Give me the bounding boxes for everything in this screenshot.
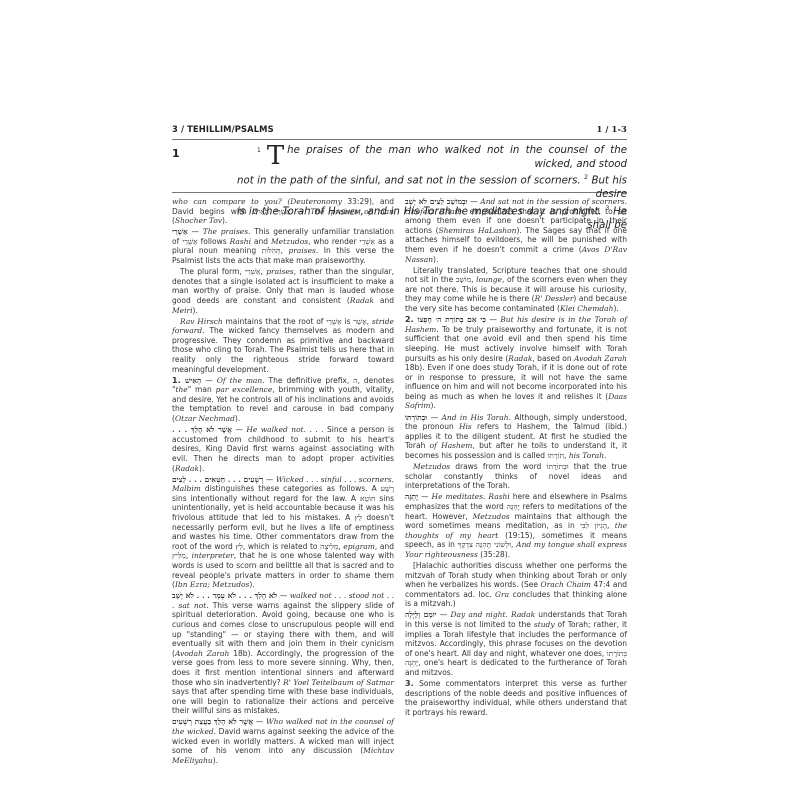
hebrew-word: מְלִיצָה (320, 542, 338, 551)
verse-ref-number: 2. (405, 315, 417, 324)
commentary-text: R' Dessler (535, 294, 574, 303)
commentary-text: — (468, 197, 481, 206)
commentary-text: praises (266, 267, 293, 276)
commentary-text: Metzudos (473, 512, 510, 521)
commentary-paragraph: Rav Hirsch maintains that the root of אַ… (172, 317, 394, 375)
commentary-text: The praises of man (310, 207, 394, 216)
commentary-paragraph: The plural form, אַשְׁרֵי, praises, rath… (172, 267, 394, 315)
commentary-paragraph: 2. כִּי אִם בְּתוֹרַת ה׳ חֶפְצוֹ — But h… (405, 315, 627, 411)
commentary-text: , one's heart is dedicated to the furthe… (405, 658, 627, 677)
commentary-text: — (232, 425, 246, 434)
commentary-paragraph: אֲשֶׁר לֹא הָלַךְ בַּעֲצַת רְשָׁעִים — W… (172, 717, 394, 765)
commentary-text: distinguishes these categories as follow… (201, 484, 381, 493)
hebrew-lemma: וּבְתוֹרָתוֹ (405, 413, 427, 422)
commentary-text: (35:28). (478, 550, 510, 559)
commentary-text: maintains that the root of (223, 317, 326, 326)
commentary-text: ). (431, 401, 436, 410)
hebrew-word: רָשָׁע (381, 484, 394, 493)
commentary-text: The definitive prefix, (265, 376, 354, 385)
commentary-text: his Torah (569, 451, 604, 460)
commentary-paragraph: 1. הָאִישׁ — Of the man. The definitive … (172, 376, 394, 424)
commentary-text: 18b). Even if one does study Torah, if i… (405, 363, 627, 401)
commentary-text: — (427, 413, 441, 422)
hebrew-lemma: לֹא הָלַךְ . . . לֹא עָמָד . . . לֹא יָש… (172, 591, 277, 600)
commentary-text: Avodah Zarah (175, 649, 229, 658)
commentary-text: Radak (350, 296, 374, 305)
hebrew-lemma: אֲשֶׁר לֹא הָלַךְ בַּעֲצַת רְשָׁעִים (172, 717, 253, 726)
commentary-text: of Hashem (430, 441, 473, 450)
hebrew-word: תוֹרָתוֹ (547, 451, 564, 460)
hebrew-word: לֵץ (355, 513, 362, 522)
commentary-text: Rashi (230, 237, 251, 246)
book-page: 3 / TEHILLIM/PSALMS 1 / 1-3 1 1 T he pra… (172, 118, 627, 767)
commentary-text: ). (199, 464, 204, 473)
commentary-text: . (604, 451, 606, 460)
commentary-text: He meditates. Rashi (432, 492, 510, 501)
commentary-text: Shocher Tov (175, 216, 222, 225)
hebrew-word: אַשְׁרֵי (360, 237, 375, 246)
commentary-paragraph: רְשָׁעִים . . . חַטָּאִים . . . לֵצִים —… (172, 475, 394, 590)
commentary-text: Shemiras HaLashon (439, 226, 517, 235)
commentary-text: who can compare to you? (Deuteronomy (172, 197, 342, 206)
commentary-text: And in His Torah. (442, 413, 511, 422)
hebrew-word: יֶהְגֶּה (507, 502, 520, 511)
commentary-text: His (459, 422, 472, 431)
hebrew-lemma: יוֹמָם וָלָיְלָה (405, 610, 437, 619)
commentary-text: Of the man. (217, 376, 265, 385)
commentary-text: praises (288, 246, 315, 255)
commentary-text: He walked not (246, 425, 303, 434)
commentary-paragraph: וּבְמוֹשַׁב לֵצִים לֹא יָשָׁב — And sat … (405, 197, 627, 264)
commentary-text: — (263, 475, 275, 484)
hebrew-word: מֵלִיץ (172, 551, 186, 560)
commentary-text: ). (193, 306, 198, 315)
drop-cap: T (267, 145, 284, 167)
commentary-text: Ibn Ezra; Metzudos (175, 580, 249, 589)
commentary-text: ). (222, 216, 227, 225)
commentary-text: , who render (308, 237, 359, 246)
commentary-right-column: וּבְמוֹשַׁב לֵצִים לֹא יָשָׁב — And sat … (405, 197, 627, 767)
commentary-text: Gra (495, 590, 509, 599)
commentary-text: draws from the word (450, 462, 546, 471)
commentary-paragraph: 3. Some commentators interpret this vers… (405, 679, 627, 717)
commentary-text: Rav Hirsch (180, 317, 223, 326)
commentary-paragraph: . . . אֲשֶׁר לֹא הָלַךְ — He walked not.… (172, 425, 394, 473)
commentary-text: Avodah Zarah (574, 354, 627, 363)
commentary-paragraph: [Halachic authorities discuss whether on… (405, 561, 627, 609)
verse-ref-number: 1. (172, 376, 185, 385)
commentary-text: , based on (532, 354, 574, 363)
commentary-paragraph: אַשְׁרֵי — The praises. This generally u… (172, 227, 394, 265)
commentary-text: Klei Chemdah (560, 304, 613, 313)
commentary-text: study (534, 620, 555, 629)
verse-text-line: he praises of the man who walked not in … (287, 145, 627, 170)
verse-number: 2 (584, 174, 588, 181)
commentary-text: ). (235, 414, 240, 423)
commentary-text: . The wicked fancy themselves as modern … (172, 326, 394, 373)
verse-number: 1 (257, 144, 261, 158)
commentary-text: says that after spending time with these… (172, 687, 394, 715)
commentary-text: epigram (343, 542, 375, 551)
running-head-left: 3 / TEHILLIM/PSALMS (172, 124, 274, 134)
commentary-text: is (342, 317, 354, 326)
commentary-text: — (188, 227, 203, 236)
commentary-paragraph: וּבְתוֹרָתוֹ — And in His Torah. Althoug… (405, 413, 627, 461)
verse-text-line: not in the path of the sinful, and sat n… (237, 176, 581, 187)
commentary-text: interpreter (192, 551, 234, 560)
hebrew-word: אַשְׁרֵי (326, 317, 341, 326)
commentary-text: par excellence (216, 385, 273, 394)
commentary-text: Radak (175, 464, 199, 473)
commentary-text: Some commentators interpret this verse a… (405, 679, 627, 717)
hebrew-lemma: יֶהְגֶּה (405, 492, 418, 501)
hebrew-word: וּלְשׁוֹנִי תֶּהְגֶּה צִדְקֶךָ (458, 540, 511, 549)
commentary-text: — (277, 591, 289, 600)
hebrew-lemma: הָאִישׁ (185, 376, 201, 385)
commentary-text: ). (249, 580, 254, 589)
commentary-text: and (374, 296, 394, 305)
hebrew-word: אָשַׁר (353, 317, 367, 326)
commentary-text: Day and night. Radak (450, 610, 535, 619)
hebrew-word: אַשְׁרֵי (182, 237, 197, 246)
commentary-text: — (291, 207, 311, 216)
commentary-text: Orach Chaim (541, 580, 591, 589)
commentary-text: ). (613, 304, 618, 313)
chapter-number: 1 (172, 144, 237, 189)
commentary-paragraph: יֶהְגֶּה — He meditates. Rashi here and … (405, 492, 627, 559)
commentary-text: — (418, 492, 431, 501)
commentary-paragraph: יוֹמָם וָלָיְלָה — Day and night. Radak … (405, 610, 627, 677)
hebrew-lemma: כִּי אִם בְּתוֹרַת ה׳ חֶפְצוֹ (417, 315, 485, 324)
verse-translation: 1 T he praises of the man who walked not… (237, 144, 627, 189)
commentary-paragraph: Literally translated, Scripture teaches … (405, 266, 627, 314)
commentary-text: The praises. (203, 227, 251, 236)
commentary-text: Metzudos (413, 462, 450, 471)
running-head-right: 1 / 1-3 (596, 124, 627, 134)
commentary-text: The plural form, (180, 267, 245, 276)
hebrew-word: אַשְׁרֵי הָאִישׁ (253, 207, 291, 216)
commentary-text: and (251, 237, 271, 246)
commentary-text: Meiri (172, 306, 193, 315)
commentary-paragraph: who can compare to you? (Deuteronomy 33:… (172, 197, 394, 226)
verse-line-1: 1 T he praises of the man who walked not… (237, 144, 627, 171)
hebrew-lemma: . . . אֲשֶׁר לֹא הָלַךְ (172, 425, 232, 434)
commentary-columns: who can compare to you? (Deuteronomy 33:… (172, 197, 627, 767)
hebrew-lemma: אַשְׁרֵי (172, 227, 188, 236)
commentary-text: , which is related to (243, 542, 320, 551)
commentary-text: Otzar Nechmad (175, 414, 235, 423)
commentary-text: — (253, 717, 266, 726)
commentary-text: the (175, 385, 187, 394)
hebrew-lemma: רְשָׁעִים . . . חַטָּאִים . . . לֵצִים (172, 475, 263, 484)
commentary-paragraph: Metzudos draws from the word וּבְתוֹרָתו… (405, 462, 627, 491)
hebrew-word: וּבְתוֹרָתוֹ (546, 462, 568, 471)
commentary-text: — (437, 610, 451, 619)
commentary-left-column: who can compare to you? (Deuteronomy 33:… (172, 197, 394, 767)
hebrew-word: מוֹשָׁב (456, 275, 471, 284)
commentary-text: , and (375, 542, 394, 551)
verse-ref-number: 3. (405, 679, 419, 688)
commentary-text: , (607, 521, 615, 530)
hebrew-word: אַשְׁרֵי (245, 267, 260, 276)
hebrew-word: תְּהִלּוֹת (262, 246, 281, 255)
commentary-text: sins intentionally without regard for th… (172, 494, 360, 503)
commentary-text: lounge (476, 275, 502, 284)
commentary-paragraph: לֹא הָלַךְ . . . לֹא עָמָד . . . לֹא יָש… (172, 591, 394, 716)
commentary-text: — (201, 376, 216, 385)
hebrew-lemma: וּבְמוֹשַׁב לֵצִים לֹא יָשָׁב (405, 197, 468, 206)
verse-block: 1 1 T he praises of the man who walked n… (172, 140, 627, 189)
commentary-text: " man (188, 385, 216, 394)
commentary-text: R' Yoel Teitelbaum of Satmar (283, 678, 394, 687)
hebrew-word: הֶגְיוֹן לִבִּי (580, 521, 607, 530)
commentary-text: Metzudos (271, 237, 308, 246)
commentary-text: — (486, 315, 500, 324)
commentary-text: Radak (508, 354, 532, 363)
commentary-text: follows (198, 237, 230, 246)
commentary-text: ). (433, 255, 438, 264)
running-head: 3 / TEHILLIM/PSALMS 1 / 1-3 (172, 118, 627, 134)
hebrew-word: לֵץ (235, 542, 242, 551)
commentary-text: ). (213, 756, 218, 765)
hebrew-word: חוֹטֵא (360, 494, 375, 503)
